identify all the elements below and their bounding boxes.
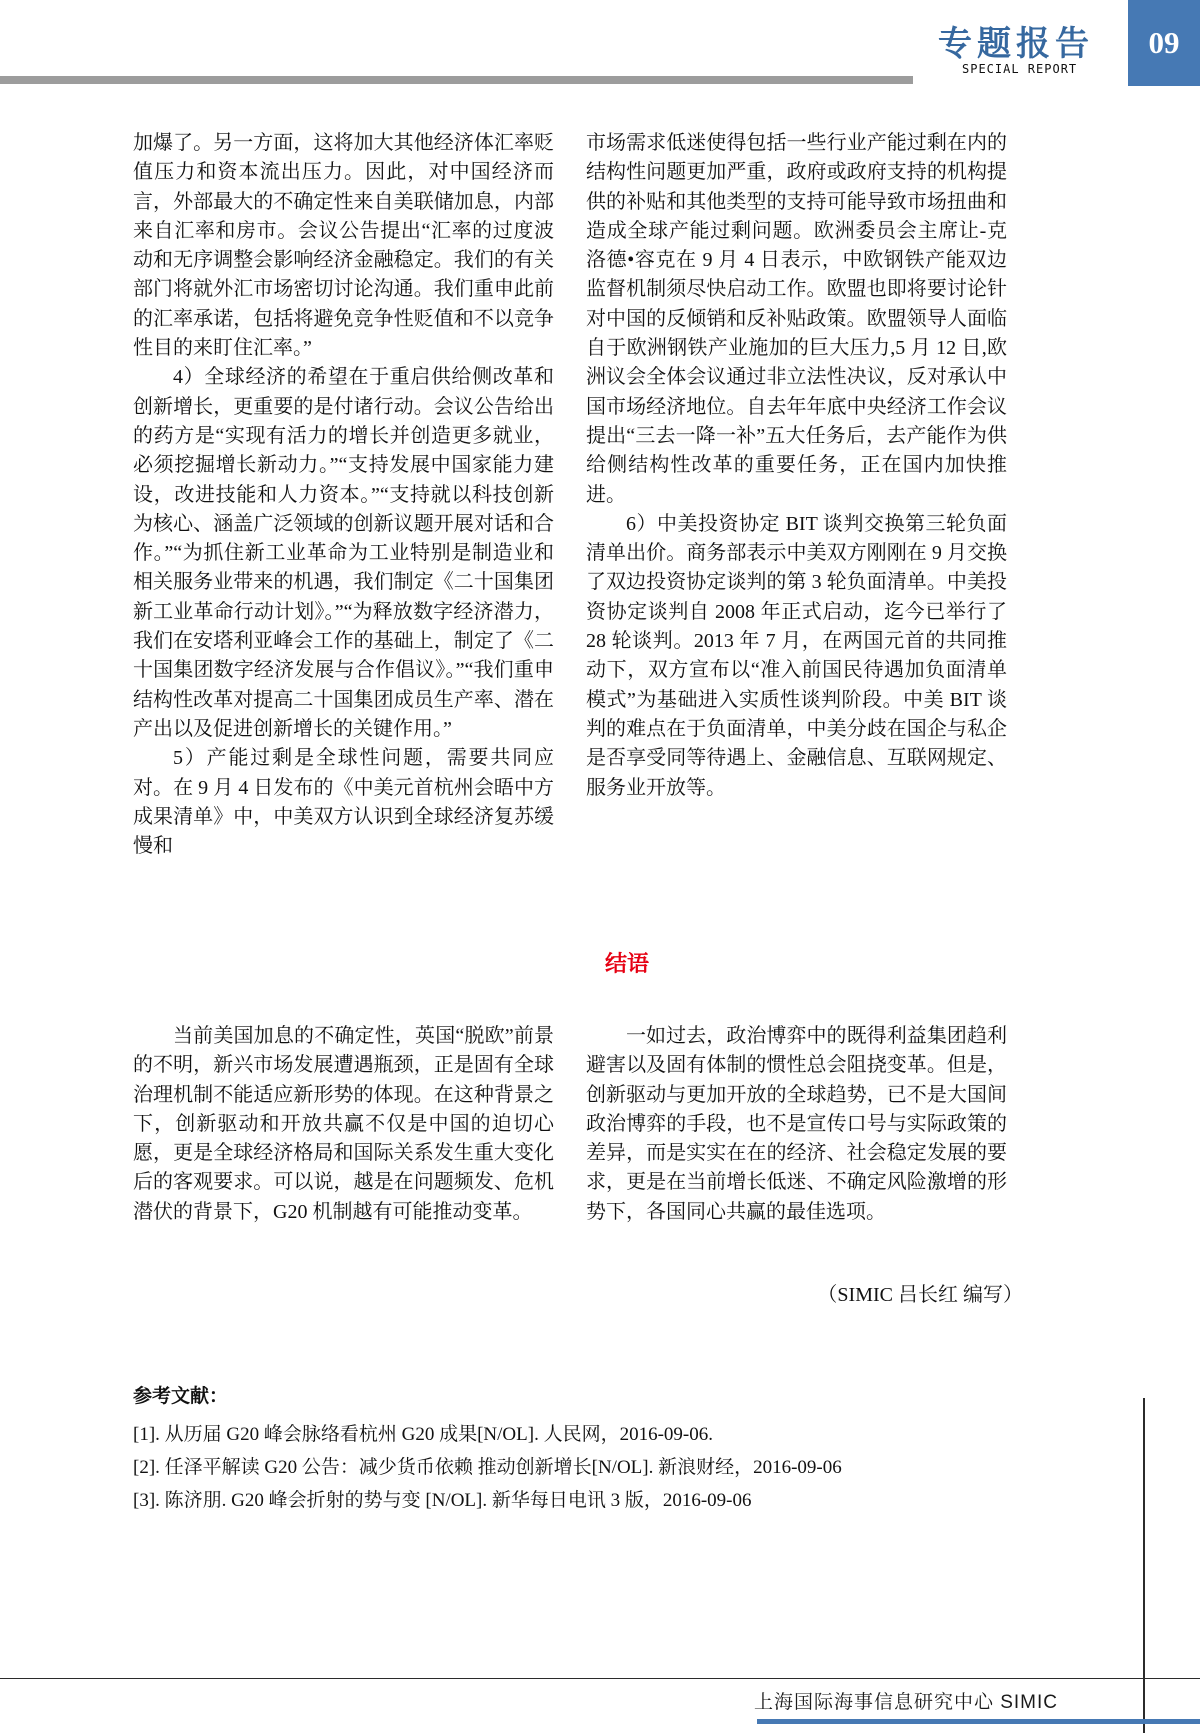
references-heading: 参考文献： — [133, 1381, 1053, 1408]
report-page: 专题报告 SPECIAL REPORT 09 加爆了。另一方面，这将加大其他经济… — [0, 0, 1200, 1733]
conclusion-paragraph: 一如过去，政治博弈中的既得利益集团趋利避害以及固有体制的惯性总会阻挠变革。但是，… — [586, 1022, 1007, 1227]
footer-accent-bar — [757, 1719, 1200, 1724]
footer-organization: 上海国际海事信息研究中心 SIMIC — [643, 1687, 1058, 1714]
header-divider-bar — [0, 76, 913, 84]
body-paragraph: 加爆了。另一方面，这将加大其他经济体汇率贬值压力和资本流出压力。因此，对中国经济… — [133, 129, 554, 363]
conclusion-left-column: 当前美国加息的不确定性，英国“脱欧”前景的不明，新兴市场发展遭遇瓶颈，正是固有全… — [133, 1022, 554, 1227]
body-paragraph: 6）中美投资协定 BIT 谈判交换第三轮负面清单出价。商务部表示中美双方刚刚在 … — [586, 510, 1007, 803]
page-title: 专题报告 — [938, 16, 1094, 65]
reference-item: [3]. 陈济朋. G20 峰会折射的势与变 [N/OL]. 新华每日电讯 3 … — [133, 1484, 1053, 1517]
body-paragraph: 4）全球经济的希望在于重启供给侧改革和创新增长，更重要的是付诸行动。会议公告给出… — [133, 363, 554, 744]
body-paragraph: 5）产能过剩是全球性问题，需要共同应对。在 9 月 4 日发布的《中美元首杭州会… — [133, 744, 554, 861]
conclusion-right-column: 一如过去，政治博弈中的既得利益集团趋利避害以及固有体制的惯性总会阻挠变革。但是，… — [586, 1022, 1007, 1227]
reference-item: [2]. 任泽平解读 G20 公告：减少货币依赖 推动创新增长[N/OL]. 新… — [133, 1451, 1053, 1484]
author-byline: （SIMIC 吕长红 编写） — [586, 1278, 1023, 1307]
page-number-badge: 09 — [1128, 0, 1200, 86]
conclusion-heading: 结语 — [133, 947, 1121, 978]
conclusion-paragraph: 当前美国加息的不确定性，英国“脱欧”前景的不明，新兴市场发展遭遇瓶颈，正是固有全… — [133, 1022, 554, 1227]
body-paragraph: 市场需求低迷使得包括一些行业产能过剩在内的结构性问题更加严重，政府或政府支持的机… — [586, 129, 1007, 510]
references-section: 参考文献： [1]. 从历届 G20 峰会脉络看杭州 G20 成果[N/OL].… — [133, 1381, 1053, 1517]
page-subtitle: SPECIAL REPORT — [962, 62, 1077, 76]
page-number: 09 — [1149, 25, 1180, 61]
footer-rule-line — [0, 1678, 1200, 1679]
footer-vertical-divider — [1143, 1398, 1145, 1733]
reference-item: [1]. 从历届 G20 峰会脉络看杭州 G20 成果[N/OL]. 人民网，2… — [133, 1418, 1053, 1451]
article-left-column: 加爆了。另一方面，这将加大其他经济体汇率贬值压力和资本流出压力。因此，对中国经济… — [133, 129, 554, 861]
article-right-column: 市场需求低迷使得包括一些行业产能过剩在内的结构性问题更加严重，政府或政府支持的机… — [586, 129, 1007, 803]
